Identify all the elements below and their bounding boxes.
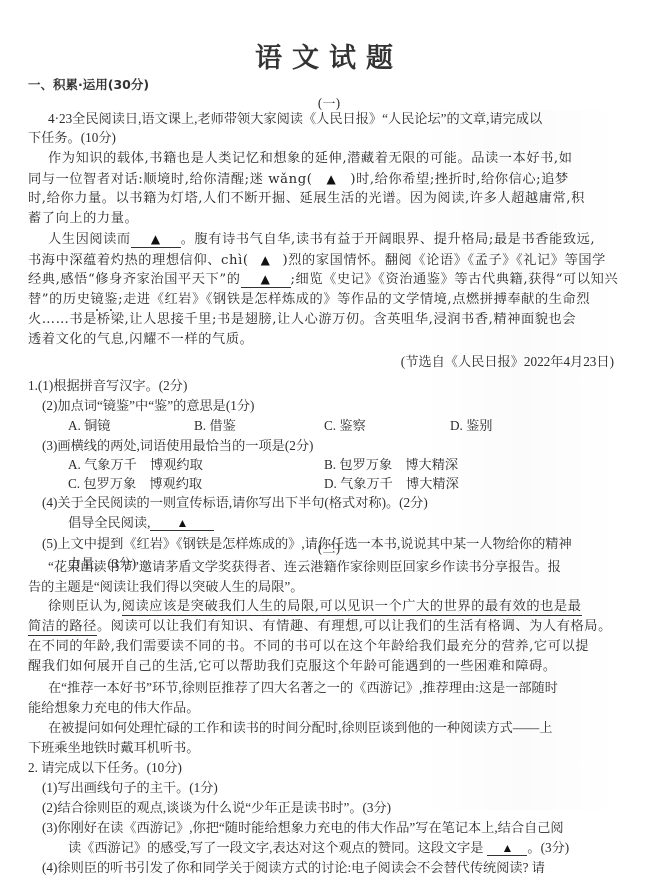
text: )烈的家国情怀。翻阅《论语》《孟子》《礼记》等国学 [283,253,606,268]
part-two-p2-line-2: 简洁的路径。阅读可以让我们有知识、有情趣、有理想,可以让我们的生活有格调、为人有… [28,618,612,636]
q2-part4-line-1: (4)徐则臣的听书引发了你和同学关于阅读方式的讨论:电子阅读会不会替代传统阅读?… [42,859,545,875]
passage-p2-line-1: 人生因阅读而▲。腹有诗书气自华,读书有益于开阔眼界、提升格局;最是书香能致远, [48,231,595,249]
dotted-char-jian: 鉴 [104,292,118,307]
underlined-sentence-end: 简洁的路径 [28,619,97,636]
passage-source: (节选自《人民日报》2022年4月23日) [401,353,614,371]
q1-3-option-c[interactable]: C. 包罗万象 博观约取 [68,475,202,493]
passage-p1-line-4: 蓄了向上的力量。 [28,210,138,228]
intro-line-1: 4·23全民阅读日,语文课上,老师带领大家阅读《人民日报》“人民论坛”的文章,请… [48,110,542,128]
q1-part1: 1.(1)根据拼音写汉字。(2分) [28,377,187,395]
passage-p1-line-2: 同与一位智者对话:顺境时,给你清醒;迷 wǎng(▲)时,给你希望;挫折时,给你… [28,170,569,189]
part-two-p2-line-1: 徐则臣认为,阅读应该是突破我们人生的局限,可以见识一个广大的世界的最有效的也是最 [48,598,582,616]
part-two-p2-line-3: 在不同的年龄,我们需要读不同的书。不同的书可以在这个年龄给我们最充分的营养,它可… [28,638,589,656]
exam-page: 语文试题 一、积累·运用(30分) (一) 4·23全民阅读日,语文课上,老师带… [0,0,658,875]
passage-p2-line-5: 火……书是桥梁,让人思接千里;书是翅膀,让人心游万仞。含英咀华,浸润书香,精神面… [28,311,576,329]
text: )时,给你希望;挫折时,给你信心;追梦 [350,172,568,187]
passage-p2-line-4: 替”的历史镜鉴;走进《红岩》《钢铁是怎样炼成的》等作品的文学情境,点燃拼搏奉献的… [28,291,590,309]
text: ;细览《史记》《资治通鉴》等古代典籍,获得“可以知兴 [291,272,619,287]
text: 。阅读可以让我们有知识、有情趣、有理想,可以让我们的生活有格调、为人有格局。 [97,619,612,634]
blank-triangle-icon: ▲ [327,172,337,186]
part-two-p4-line-1: 在被提问如何处理忙碌的工作和读书的时间分配时,徐则臣谈到他的一种阅读方式——上 [48,719,552,737]
text: 书海中深蕴着灼热的理想信仰、chì( [28,253,249,268]
part-two-p4-line-2: 下班乘坐地铁时戴耳机听书。 [28,739,199,757]
blank-triangle-icon: ▲ [261,272,271,286]
passage-p1-line-3: 时,给你力量。以书籍为灯塔,人们不断开掘、延展生活的光谱。因为阅读,许多人超越庸… [28,190,585,208]
part-two-p3-line-1: 在“推荐一本好书”环节,徐则臣推荐了四大名著之一的《西游记》,推荐理由:这是一部… [48,679,558,697]
text: 替”的历史 [28,292,91,307]
part-two-p1-line-2: 告的主题是“阅读让我们得以突破人生的局限”。 [28,578,303,596]
q1-part4: (4)关于全民阅读的一则宣传标语,请你写出下半句(格式对称)。(2分) [42,494,428,512]
q1-part3: (3)画横线的两处,词语使用最恰当的一项是(2分) [42,437,313,455]
fill-blank-2[interactable]: ▲ [241,272,291,288]
q1-2-option-d[interactable]: D. 鉴别 [450,417,493,435]
blank-triangle-icon: ▲ [151,232,161,246]
text: 徐则臣认为, [48,599,122,614]
passage-p1-line-1: 作为知识的载体,书籍也是人类记忆和想象的延伸,潜藏着无限的可能。品读一本好书,如 [48,150,573,168]
part-two-label: (二) [0,538,658,557]
part-two-p1-line-1: “花果山读书节”邀请茅盾文学奖获得者、连云港籍作家徐则臣回家乡作读书分享报告。报 [48,558,561,576]
q2-heading: 2. 请完成以下任务。(10分) [28,759,182,777]
text: 同与一位智者对话:顺境时,给你清醒;迷 wǎng( [28,172,313,187]
text: 经典,感悟“修身齐家治国平天下”的 [28,272,241,287]
passage-p2-line-3: 经典,感悟“修身齐家治国平天下”的▲;细览《史记》《资治通鉴》等古代典籍,获得“… [28,271,618,289]
blank-triangle-icon: ▲ [176,516,188,530]
blank-triangle-icon: ▲ [501,841,513,855]
text: 。(3分) [527,840,569,855]
section-heading: 一、积累·运用(30分) [28,75,149,93]
intro-line-2: 下任务。(10分) [28,129,116,147]
slogan-answer-blank[interactable]: ▲ [150,516,214,531]
blank-triangle-icon: ▲ [261,253,271,267]
q1-2-option-c[interactable]: C. 鉴察 [324,417,366,435]
text: 读《西游记》的感受,写了一段文字,表达对这个观点的赞同。这段文字是 [68,840,483,855]
underlined-sentence: 阅读应该是突破我们人生的局限,可以见识一个广大的世界的最有效的也是最 [122,599,582,616]
q1-2-option-a[interactable]: A. 铜镜 [68,417,111,435]
text: ;走进《红岩》《钢铁是怎样炼成的》等作品的文学情境,点燃拼搏奉献的生命烈 [118,292,590,307]
q1-3-option-d[interactable]: D. 气象万千 博大精深 [324,475,459,493]
text: 人生因阅读而 [48,232,131,247]
q2-part3-line-1: (3)你刚好在读《西游记》,你把“随时能给想象力充电的伟大作品”写在笔记本上,结… [42,819,564,837]
passage-answer-blank[interactable]: ▲ [487,841,527,856]
page-title: 语文试题 [0,36,658,75]
passage-p2-line-6: 透着文化的气息,闪耀不一样的气质。 [28,331,253,349]
text: 。腹有诗书气自华,读书有益于开阔眼界、提升格局;最是书香能致远, [181,232,595,247]
q1-part4-prompt: 倡导全民阅读,▲ [68,514,214,532]
q2-part1: (1)写出画线句子的主干。(1分) [42,779,218,797]
q1-3-option-a[interactable]: A. 气象万千 博观约取 [68,456,203,474]
part-two-p3-line-2: 能给想象力充电的伟大作品。 [28,699,199,717]
q2-part2: (2)结合徐则臣的观点,谈谈为什么说“少年正是读书时”。(3分) [42,799,391,817]
passage-p2-line-2: 书海中深蕴着灼热的理想信仰、chì(▲)烈的家国情怀。翻阅《论语》《孟子》《礼记… [28,251,606,270]
text: 倡导全民阅读, [68,515,150,530]
q2-part3-line-2: 读《西游记》的感受,写了一段文字,表达对这个观点的赞同。这段文字是▲。(3分) [68,839,569,857]
q1-part2: (2)加点词“镜鉴”中“鉴”的意思是(1分) [42,397,254,415]
q1-2-option-b[interactable]: B. 借鉴 [194,417,236,435]
fill-blank-1[interactable]: ▲ [131,232,181,248]
q1-3-option-b[interactable]: B. 包罗万象 博大精深 [324,456,458,474]
part-two-p2-line-4: 醒我们如何展开自己的生活,它可以帮助我们克服这个年龄可能遇到的一些困难和障碍。 [28,658,557,676]
dotted-char-jing: 镜 [91,292,105,307]
